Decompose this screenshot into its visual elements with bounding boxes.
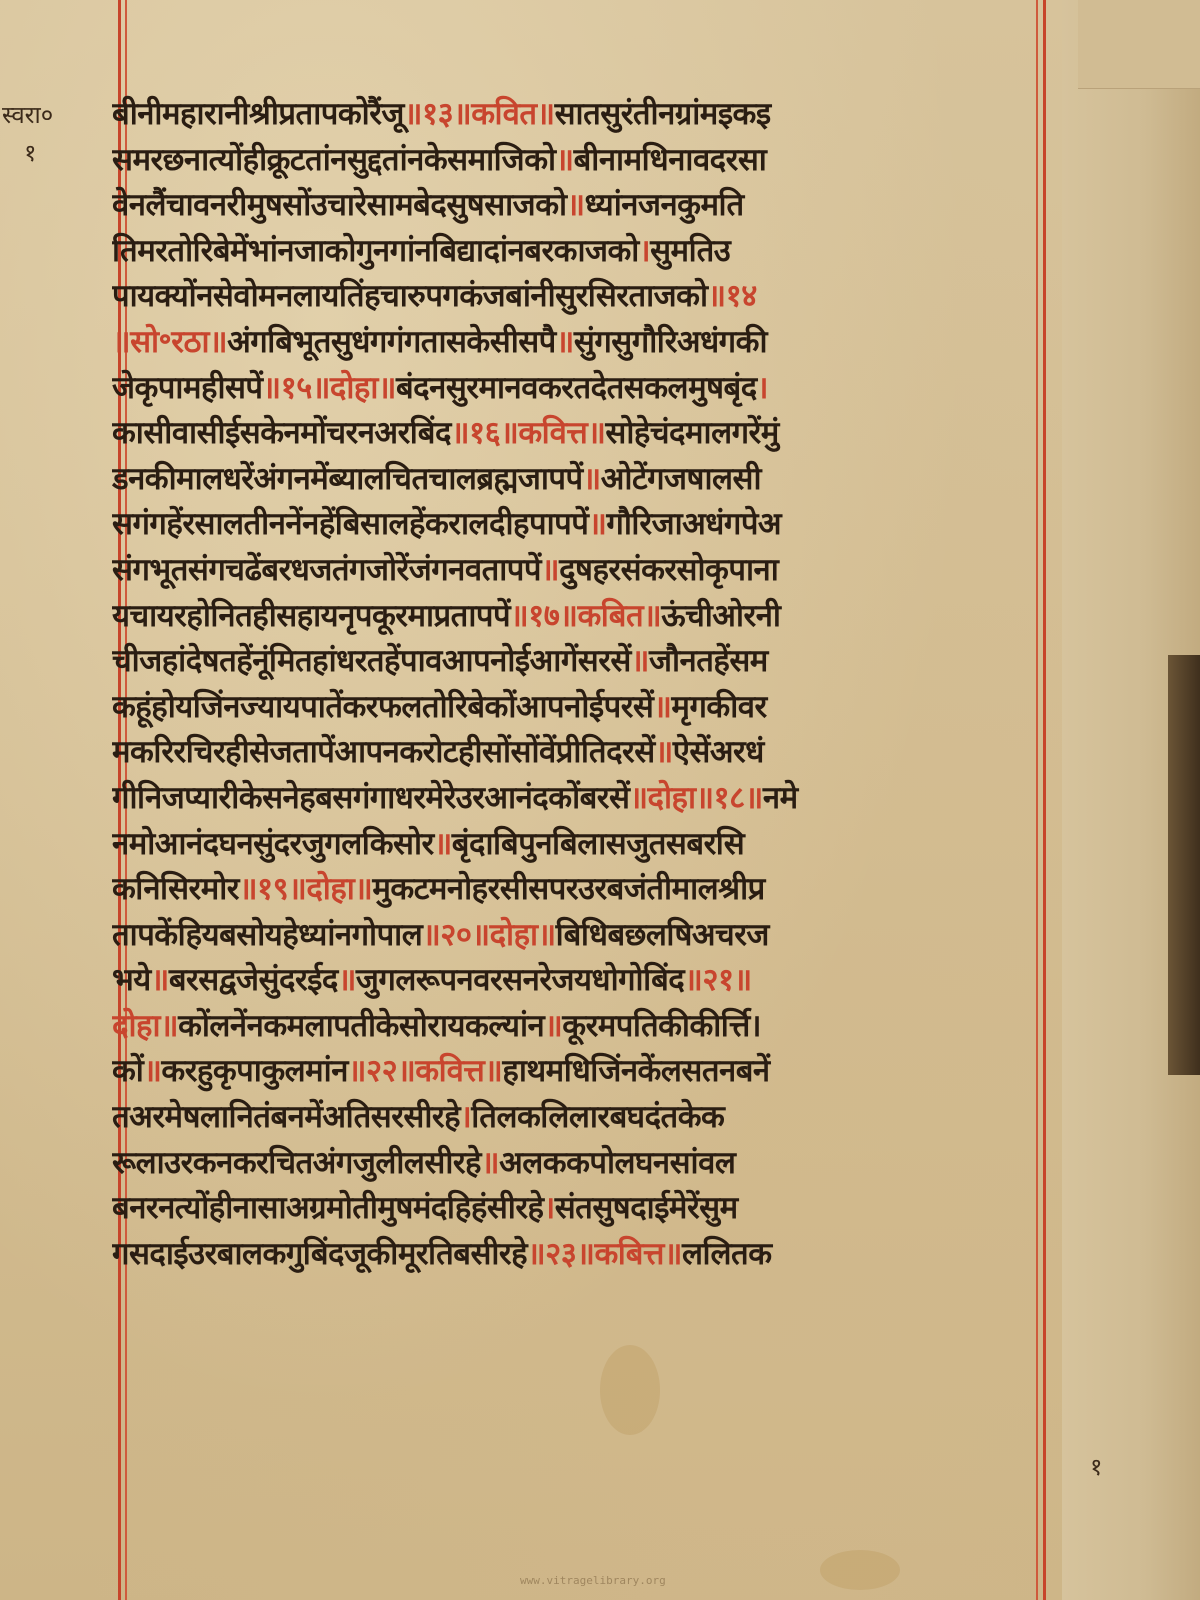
text-line: कासीवासीईसकेनमोंचरनअरबिंद॥१६॥कवित्त॥सोहे… <box>112 411 1042 457</box>
rubric-marker: ॥ <box>583 461 601 497</box>
rubric-marker: ॥१७॥कबित॥ <box>510 598 661 634</box>
rubric-marker: ॥ <box>567 187 585 223</box>
verse-text: तापकेंहियबसोयहेध्यांनगोपाल <box>112 917 422 953</box>
verse-text: समरछनात्योंहीक्रूटतांनसुद्दतांनकेसमाजिको <box>112 142 556 178</box>
text-line: कहूंहोयजिंनज्यायपातेंकरफलतोरिबेकोंआपनोईप… <box>112 685 1042 731</box>
verse-text: ऐसेंअरधं <box>673 734 764 770</box>
verse-text: डनकीमालधरेंअंगनमेंब्यालचितचालब्रह्मजापपे… <box>112 461 583 497</box>
verse-text: बरसद्वजेसुंदरईद <box>169 962 338 998</box>
rubric-marker: ॥ <box>556 142 574 178</box>
rubric-marker: ॥२१॥ <box>684 962 751 998</box>
text-line: डनकीमालधरेंअंगनमेंब्यालचितचालब्रह्मजापपे… <box>112 457 1042 503</box>
verse-text: मकरिरचिरहीसेजतापेंआपनकरोटहीसोंसोंवेंप्री… <box>112 734 655 770</box>
rubric-marker: ॥१६॥कवित्त॥ <box>451 415 605 451</box>
verse-text: ललितक <box>682 1236 772 1272</box>
verse-text: हाथमधिजिंनकेंलसतनबनें <box>502 1053 769 1089</box>
text-line: गीनिजप्यारीकेसनेहबसगंगाधरमेरेउरआनंदकोंबर… <box>112 776 1042 822</box>
text-line: मकरिरचिरहीसेजतापेंआपनकरोटहीसोंसोंवेंप्री… <box>112 730 1042 776</box>
left-margin-note: स्वरा० १ <box>2 96 92 172</box>
page-number: १ <box>1090 1450 1102 1483</box>
verse-text: दुषहरसंकरसोकृपाना <box>559 552 778 588</box>
verse-text: अंगबिभूतसुधंगगंगतासकेसीसपै <box>227 324 556 360</box>
verse-text: बीनामधिनावदरसा <box>574 142 767 178</box>
verse-text: कोंलनेंनकमलापतीकेसोरायकल्यांन <box>178 1008 544 1044</box>
verse-text: नमोआनंदघनसुंदरजुगलकिसोर <box>112 826 434 862</box>
text-line: बीनीमहारानीश्रीप्रतापकोरैंजू॥१३॥कवित॥सात… <box>112 92 1042 138</box>
verse-text: सगंगहेंरसालतीननेंनहेंबिसालहेंकरालदीहपापप… <box>112 506 588 542</box>
text-line: तअरमेषलानितंबनमेंअतिसरसीरहे।तिलकलिलारबघद… <box>112 1095 1042 1141</box>
verse-text: यचायरहोनितहीसहायनृपकूरमाप्रतापपें <box>112 598 510 634</box>
text-line: तापकेंहियबसोयहेध्यांनगोपाल॥२०॥दोहा॥बिधिब… <box>112 913 1042 959</box>
text-line: समरछनात्योंहीक्रूटतांनसुद्दतांनकेसमाजिको… <box>112 138 1042 184</box>
text-line: पायक्योंनसेवोमनलायतिंहचारुपगकंजबांनीसुरस… <box>112 274 1042 320</box>
text-line: बनरनत्योंहीनासाअग्रमोतीमुषमंदहिहंसीरहे।स… <box>112 1186 1042 1232</box>
text-line: चीजहांदेषतहेंनूंमितहांधरतहेंपावआपनोईआगें… <box>112 639 1042 685</box>
verse-text: मुकटमनोहरसीसपरउरबजंतीमालश्रीप्र <box>372 871 764 907</box>
rubric-marker: ॥१५॥दोहा॥ <box>263 370 396 406</box>
verse-text: भये <box>112 962 151 998</box>
verse-text: सुंगसुगौरिअधंगकी <box>574 324 767 360</box>
rubric-marker: ॥२२॥कवित्त॥ <box>348 1053 502 1089</box>
verse-text: कूरमपतिकीकीर्त्ति। <box>562 1008 761 1044</box>
rubric-marker: ॥१३॥कवित॥ <box>404 96 555 132</box>
verse-text: बनरनत्योंहीनासाअग्रमोतीमुषमंदहिहंसीरहे <box>112 1190 543 1226</box>
verse-text: करहुकृपाकुलमांन <box>161 1053 348 1089</box>
text-line: वेनलैंचावनरीमुषसोंउचारेसामबेदसुषसाजको॥ध्… <box>112 183 1042 229</box>
manuscript-text: बीनीमहारानीश्रीप्रतापकोरैंजू॥१३॥कवित॥सात… <box>112 92 1042 1277</box>
rubric-marker: ॥ <box>541 552 559 588</box>
verse-text: पायक्योंनसेवोमनलायतिंहचारुपगकंजबांनीसुरस… <box>112 278 708 314</box>
text-line: तिमरतोरिबेमेंभांनजाकोगुनगांनबिद्यादांनबर… <box>112 229 1042 275</box>
verse-text: ओटेंगजषालसी <box>601 461 761 497</box>
text-line: संगभूतसंगचढेंबरधजतंगजोरेंजंगनवतापपें॥दुष… <box>112 548 1042 594</box>
text-line: सगंगहेंरसालतीननेंनहेंबिसालहेंकरालदीहपापप… <box>112 502 1042 548</box>
verse-text: सोहेचंदमालगरेंमुं <box>605 415 778 451</box>
text-line: यचायरहोनितहीसहायनृपकूरमाप्रतापपें॥१७॥कबि… <box>112 594 1042 640</box>
rubric-marker: ॥सो॰रठा॥ <box>112 324 227 360</box>
verse-text: चीजहांदेषतहेंनूंमितहांधरतहेंपावआपनोईआगें… <box>112 643 631 679</box>
rubric-marker: ॥ <box>481 1145 499 1181</box>
rubric-marker: ॥ <box>544 1008 562 1044</box>
stain <box>600 1345 660 1435</box>
rubric-marker: ॥ <box>655 734 673 770</box>
verse-text: सुमतिउ <box>650 233 730 269</box>
verse-text: गसदाईउरबालकगुबिंदजूकीमूरतिबसीरहे <box>112 1236 527 1272</box>
text-line: कों॥करहुकृपाकुलमांन॥२२॥कवित्त॥हाथमधिजिंन… <box>112 1049 1042 1095</box>
verse-text: कनिसिरमोर <box>112 871 239 907</box>
verse-text: कहूंहोयजिंनज्यायपातेंकरफलतोरिबेकोंआपनोईप… <box>112 689 653 725</box>
rubric-marker: । <box>543 1190 554 1226</box>
text-line: रूलाउरकनकरचितअंगजुलीलसीरहे॥अलककपोलघनसांव… <box>112 1141 1042 1187</box>
rubric-marker: ॥ <box>143 1053 161 1089</box>
rubric-marker: । <box>639 233 650 269</box>
text-line: ॥सो॰रठा॥अंगबिभूतसुधंगगंगतासकेसीसपै॥सुंगस… <box>112 320 1042 366</box>
verse-text: तिमरतोरिबेमेंभांनजाकोगुनगांनबिद्यादांनबर… <box>112 233 639 269</box>
stain <box>820 1550 900 1590</box>
right-border-rule-outer <box>1043 0 1046 1600</box>
rubric-marker: ॥१९॥दोहा॥ <box>239 871 372 907</box>
text-line: जेकृपामहीसपें॥१५॥दोहा॥बंदनसुरमानवकरतदेतस… <box>112 366 1042 412</box>
verse-text: बृंदाबिपुनबिलासजुतसबरसि <box>452 826 744 862</box>
verse-text: तअरमेषलानितंबनमेंअतिसरसीरहे <box>112 1099 460 1135</box>
folio-number: १ <box>2 134 92 172</box>
verse-text: कों <box>112 1053 143 1089</box>
verse-text: गौरिजाअधंगपेअ <box>606 506 781 542</box>
text-line: दोहा॥कोंलनेंनकमलापतीकेसोरायकल्यांन॥कूरमप… <box>112 1004 1042 1050</box>
watermark: www.vitragelibrary.org <box>520 1574 666 1587</box>
verse-text: रूलाउरकनकरचितअंगजुलीलसीरहे <box>112 1145 481 1181</box>
rubric-marker: ॥२३॥कबित्त॥ <box>527 1236 682 1272</box>
rubric-marker: ॥ <box>151 962 169 998</box>
paper-fold <box>1078 0 1200 89</box>
verse-text: तिलकलिलारबघदंतकेक <box>471 1099 724 1135</box>
verse-text: जौनतहेंसम <box>649 643 768 679</box>
verse-text: कासीवासीईसकेनमोंचरनअरबिंद <box>112 415 451 451</box>
torn-edge-shadow <box>1168 655 1200 1075</box>
verse-text: नमे <box>763 780 798 816</box>
rubric-marker: ॥ <box>631 643 649 679</box>
rubric-marker: ॥ <box>338 962 356 998</box>
margin-title: स्वरा० <box>2 96 92 134</box>
verse-text: जुगलरूपनवरसनरेजयधोगोबिंद <box>356 962 684 998</box>
text-line: गसदाईउरबालकगुबिंदजूकीमूरतिबसीरहे॥२३॥कबित… <box>112 1232 1042 1278</box>
verse-text: बिधिबछलषिअचरज <box>556 917 769 953</box>
text-line: कनिसिरमोर॥१९॥दोहा॥मुकटमनोहरसीसपरउरबजंतीम… <box>112 867 1042 913</box>
verse-text: ऊंचीओरनी <box>661 598 780 634</box>
rubric-marker: ॥ <box>556 324 574 360</box>
rubric-marker: ॥ <box>588 506 606 542</box>
rubric-marker: दोहा॥ <box>112 1008 178 1044</box>
verse-text: जेकृपामहीसपें <box>112 370 263 406</box>
text-line: भये॥बरसद्वजेसुंदरईद॥जुगलरूपनवरसनरेजयधोगो… <box>112 958 1042 1004</box>
verse-text: संगभूतसंगचढेंबरधजतंगजोरेंजंगनवतापपें <box>112 552 541 588</box>
verse-text: संतसुषदाईमेरेंसुम <box>555 1190 738 1226</box>
rubric-marker: । <box>757 370 768 406</box>
rubric-marker: ॥ <box>653 689 671 725</box>
rubric-marker: । <box>460 1099 471 1135</box>
verse-text: गीनिजप्यारीकेसनेहबसगंगाधरमेरेउरआनंदकोंबर… <box>112 780 629 816</box>
verse-text: बंदनसुरमानवकरतदेतसकलमुषबृंद <box>396 370 757 406</box>
verse-text: सातसुरंतीनग्रांमइकइ <box>555 96 771 132</box>
rubric-marker: ॥दोहा॥१८॥ <box>629 780 762 816</box>
rubric-marker: ॥१४ <box>708 278 757 314</box>
text-line: नमोआनंदघनसुंदरजुगलकिसोर॥बृंदाबिपुनबिलासज… <box>112 822 1042 868</box>
verse-text: मृगकीवर <box>671 689 766 725</box>
rubric-marker: ॥२०॥दोहा॥ <box>422 917 555 953</box>
verse-text: अलककपोलघनसांवल <box>499 1145 735 1181</box>
verse-text: वेनलैंचावनरीमुषसोंउचारेसामबेदसुषसाजको <box>112 187 567 223</box>
rubric-marker: ॥ <box>434 826 452 862</box>
verse-text: ध्यांनजनकुमति <box>585 187 744 223</box>
verse-text: बीनीमहारानीश्रीप्रतापकोरैंजू <box>112 96 404 132</box>
